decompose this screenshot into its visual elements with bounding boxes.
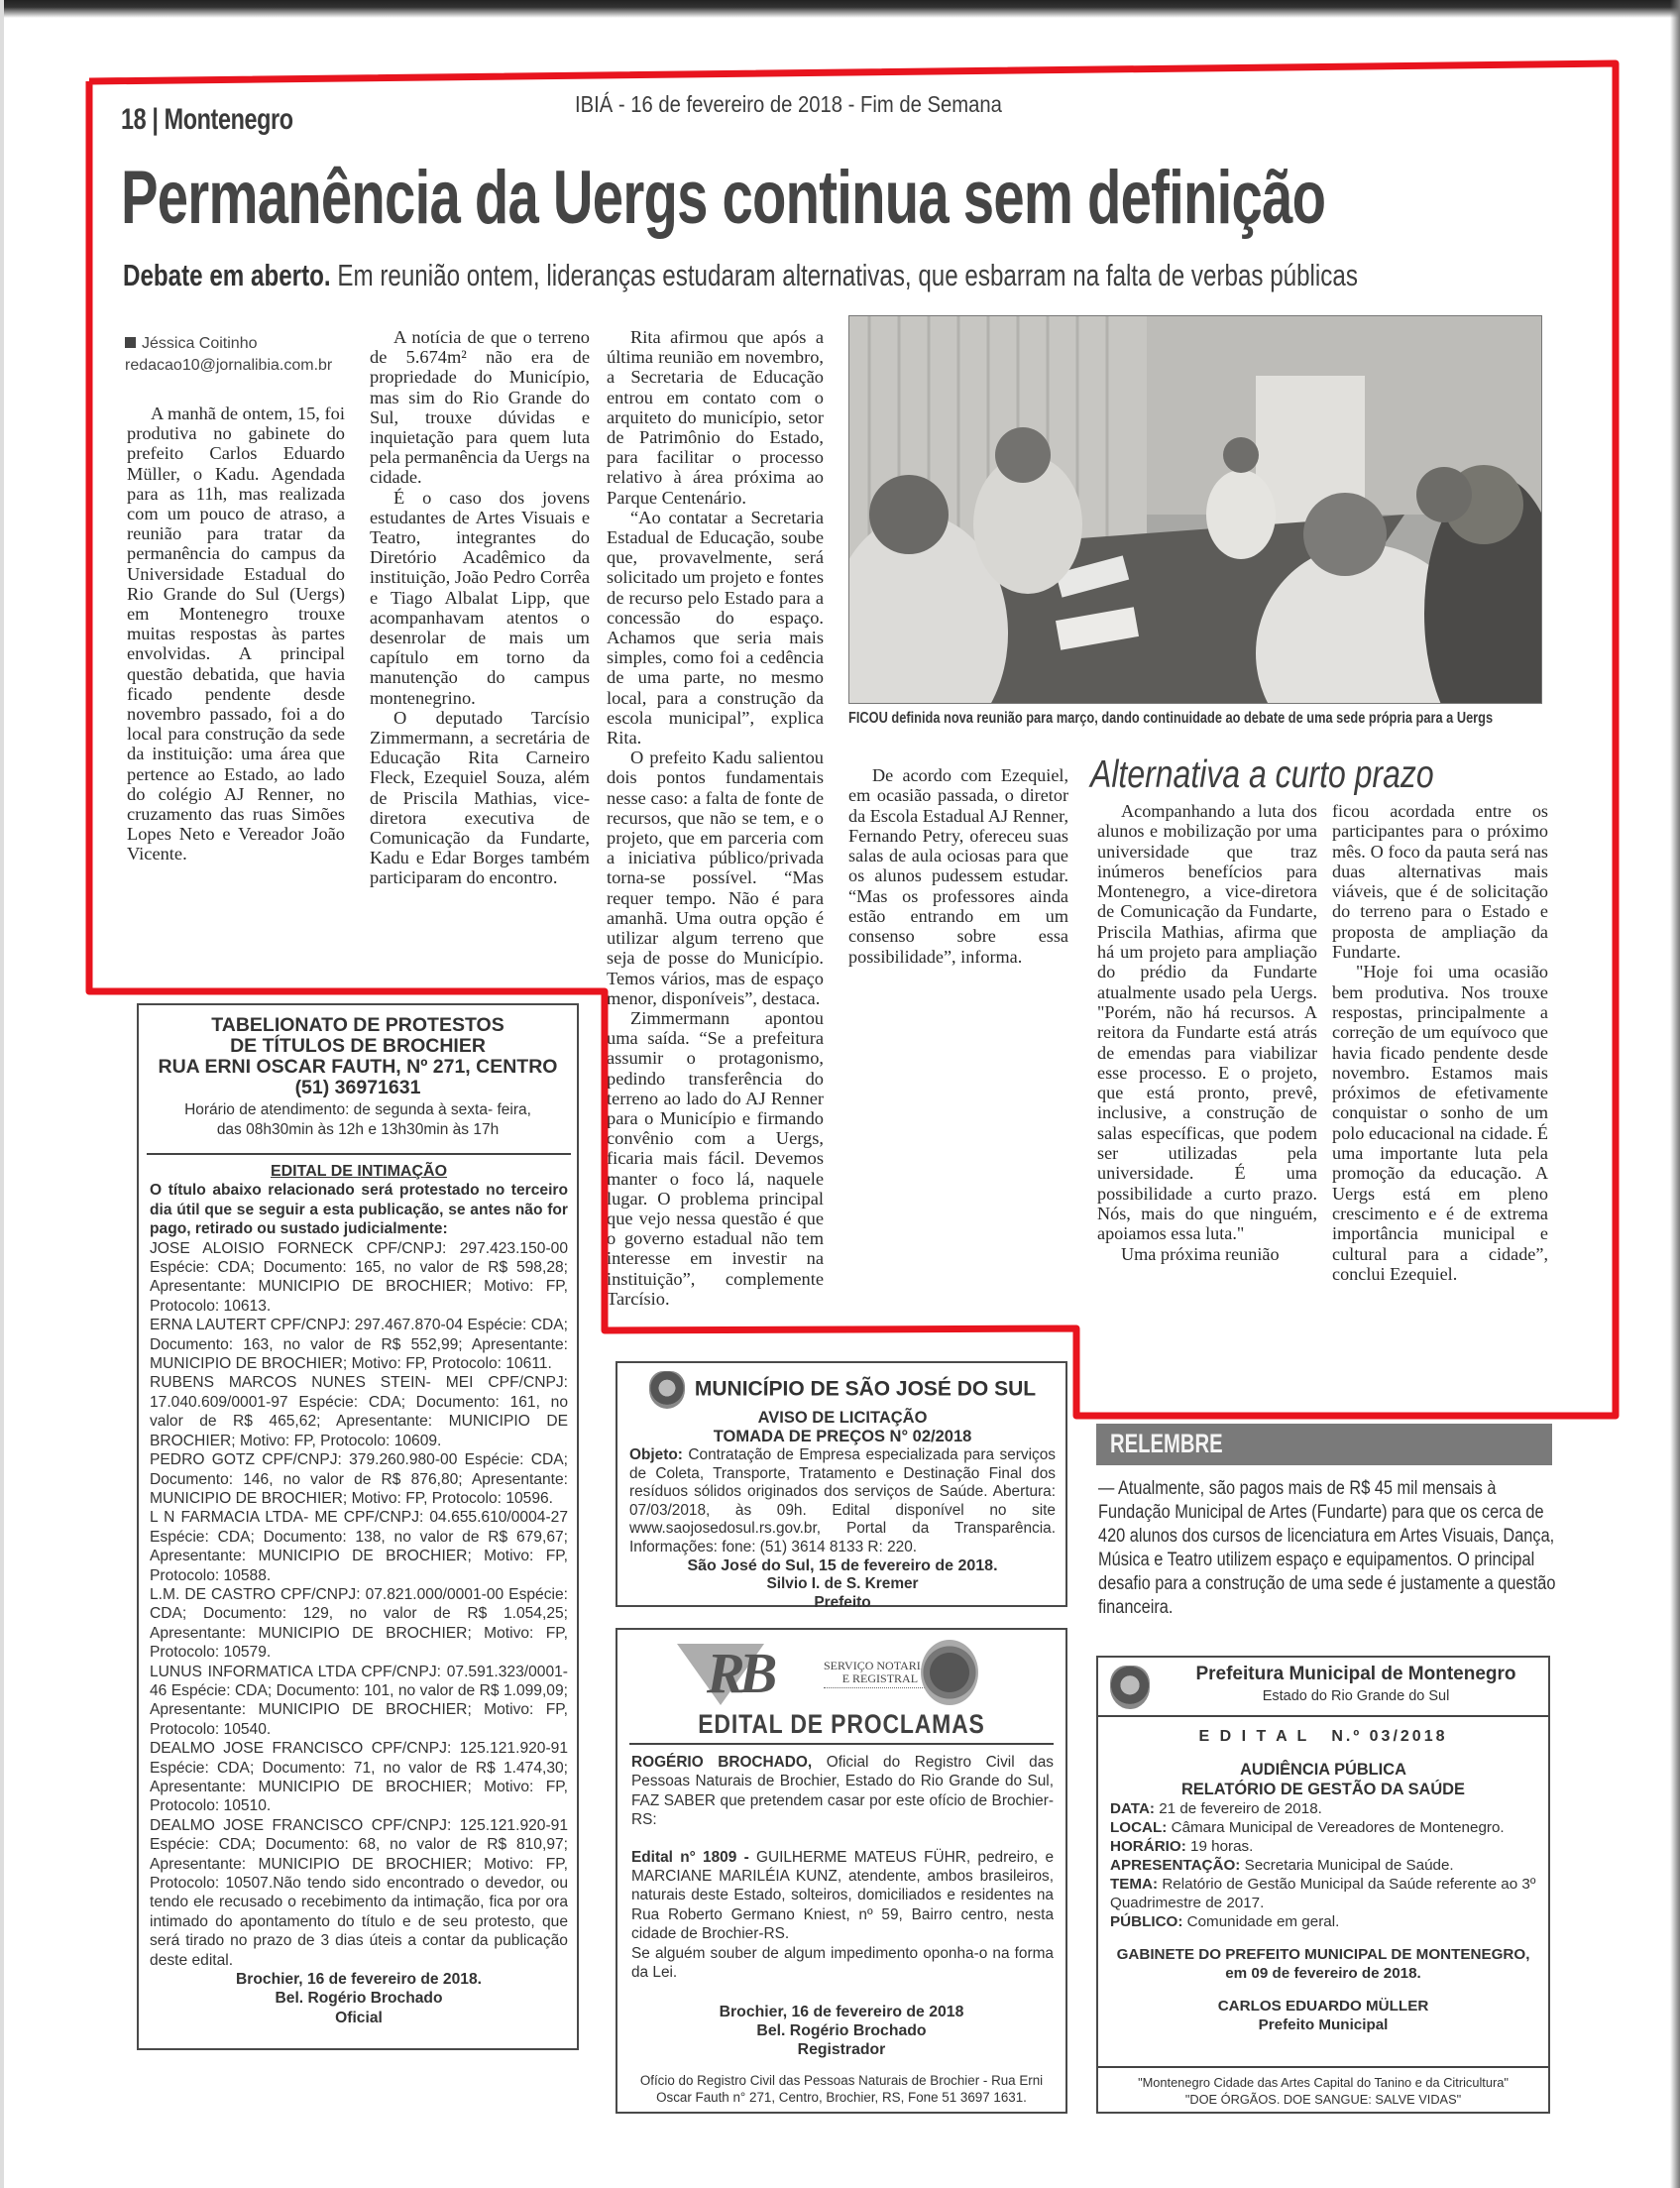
divider (147, 1153, 571, 1155)
divider (629, 1743, 1054, 1745)
paragraph: Zimmermann apontou uma saída. “Se a pref… (607, 1008, 824, 1309)
municipal-crest-icon (1110, 1666, 1150, 1709)
notice-body: E D I T A L N.º 03/2018 AUDIÊNCIA PÚBLIC… (1110, 1727, 1536, 2034)
notice-body: Objeto: Contratação de Empresa especiali… (629, 1446, 1056, 1557)
byline-square-icon (125, 337, 136, 348)
author-email: redacao10@jornalibia.com.br (125, 355, 332, 377)
national-seal-icon (921, 1640, 978, 1705)
scan-edge (0, 0, 4, 2188)
protest-entry: RUBENS MARCOS NUNES STEIN- MEI CPF/CNPJ:… (150, 1373, 568, 1450)
protest-entry: DEALMO JOSE FRANCISCO CPF/CNPJ: 125.121.… (150, 1739, 568, 1816)
publication-date-line: IBIÁ - 16 de fevereiro de 2018 - Fim de … (575, 91, 1002, 118)
section-subhead: Alternativa a curto prazo (1090, 753, 1434, 797)
protest-entry: ERNA LAUTERT CPF/CNPJ: 297.467.870-04 Es… (150, 1316, 568, 1373)
paragraph: O deputado Tarcísio Zimmermann, a secret… (370, 708, 590, 888)
protest-entry: LUNUS INFORMATICA LTDA CPF/CNPJ: 07.591.… (150, 1663, 568, 1740)
page-section-label: 18 | Montenegro (121, 103, 293, 137)
rb-logo: RB SERVIÇO NOTARIALE REGISTRAL (677, 1640, 954, 1705)
edital-intro: O título abaixo relacionado será protest… (150, 1181, 568, 1238)
sign-name: Silvio I. de S. Kremer (629, 1575, 1056, 1594)
page-title: Permanência da Uergs continua sem defini… (121, 155, 1325, 241)
protest-entry: PEDRO GOTZ CPF/CNPJ: 379.260.980-00 Espé… (150, 1450, 568, 1508)
scan-edge (1670, 0, 1680, 2188)
field-row: TEMA: Relatório de Gestão Municipal da S… (1110, 1875, 1536, 1912)
notice-subtitle: TOMADA DE PREÇOS N° 02/2018 (629, 1428, 1056, 1446)
field-row: HORÁRIO: 19 horas. (1110, 1837, 1536, 1856)
sign-name: Bel. Rogério Brochado (150, 1989, 568, 2008)
paragraph: Uma próxima reunião (1097, 1244, 1317, 1264)
article-column-6: ficou acordada entre os participantes pa… (1332, 801, 1548, 1284)
notice-body: ROGÉRIO BROCHADO, Oficial do Registro Ci… (631, 1753, 1054, 1982)
protest-entry: DEALMO JOSE FRANCISCO CPF/CNPJ: 125.121.… (150, 1816, 568, 1970)
notice-prefeitura-montenegro: Prefeitura Municipal de Montenegro Estad… (1096, 1656, 1550, 2114)
article-column-3: Rita afirmou que após a última reunião e… (607, 327, 824, 1317)
paragraph: Rita afirmou que após a última reunião e… (607, 327, 824, 508)
sign-date: Brochier, 16 de fevereiro de 2018. (150, 1970, 568, 1989)
notice-footer: Ofício do Registro Civil das Pessoas Nat… (629, 2072, 1054, 2106)
notice-subtitle: AVISO DE LICITAÇÃO (629, 1409, 1056, 1428)
relembre-text: — Atualmente, são pagos mais de R$ 45 mi… (1098, 1477, 1558, 1620)
notice-sao-jose-do-sul: MUNICÍPIO DE SÃO JOSÉ DO SUL AVISO DE LI… (616, 1361, 1067, 1607)
article-column-1: A manhã de ontem, 15, foi produtiva no g… (127, 403, 345, 864)
photo-caption: FICOU definida nova reunião para março, … (848, 710, 1493, 728)
meeting-photo (848, 315, 1542, 704)
notice-header: Prefeitura Municipal de Montenegro Estad… (1098, 1658, 1548, 1717)
field-row: PÚBLICO: Comunidade em geral. (1110, 1912, 1536, 1931)
field-row: LOCAL: Câmara Municipal de Vereadores de… (1110, 1818, 1536, 1837)
protest-entry: JOSE ALOISIO FORNECK CPF/CNPJ: 297.423.1… (150, 1239, 568, 1317)
paragraph: Acompanhando a luta dos alunos e mobiliz… (1097, 801, 1317, 1244)
signature-block: CARLOS EDUARDO MÜLLERPrefeito Municipal (1110, 1997, 1536, 2034)
paragraph: ficou acordada entre os participantes pa… (1332, 801, 1548, 962)
notice-title: EDITAL DE PROCLAMAS (651, 1709, 1032, 1740)
article-column-2: A notícia de que o terreno de 5.674m² nã… (370, 327, 590, 888)
sign-date: São José do Sul, 15 de fevereiro de 2018… (629, 1557, 1056, 1576)
paragraph: "Hoje foi uma ocasião bem produtiva. Nos… (1332, 962, 1548, 1284)
sign-role: Prefeito (629, 1594, 1056, 1613)
paragraph: É o caso dos jovens estudantes de Artes … (370, 488, 590, 708)
article-column-4: De acordo com Ezequiel, em ocasião passa… (848, 765, 1068, 967)
photo-illustration (849, 316, 1542, 704)
relembre-title: RELEMBRE (1110, 1429, 1223, 1459)
sign-role: Oficial (150, 2009, 568, 2027)
protest-entry: L.M. DE CASTRO CPF/CNPJ: 07.821.000/0001… (150, 1585, 568, 1663)
signature-block: Brochier, 16 de fevereiro de 2018 Bel. R… (617, 2003, 1065, 2059)
municipal-crest-icon (649, 1371, 685, 1409)
article-column-5: Acompanhando a luta dos alunos e mobiliz… (1097, 801, 1317, 1402)
author-name: Jéssica Coitinho (142, 335, 258, 352)
tabelionato-body: EDITAL DE INTIMAÇÃO O título abaixo rela… (150, 1162, 568, 2027)
gabinete-line: GABINETE DO PREFEITO MUNICIPAL DE MONTEN… (1110, 1945, 1536, 1983)
paragraph: O prefeito Kadu salientou dois pontos fu… (607, 748, 824, 1008)
tabelionato-header: TABELIONATO DE PROTESTOS DE TÍTULOS DE B… (149, 1015, 567, 1140)
notice-title: MUNICÍPIO DE SÃO JOSÉ DO SUL (695, 1378, 1036, 1401)
protest-entry: L N FARMACIA LTDA- ME CPF/CNPJ: 04.655.6… (150, 1508, 568, 1585)
scan-edge (0, 0, 1680, 18)
paragraph: De acordo com Ezequiel, em ocasião passa… (848, 765, 1068, 967)
paragraph: “Ao contatar a Secretaria Estadual de Ed… (607, 508, 824, 748)
notice-edital-proclamas: RB SERVIÇO NOTARIALE REGISTRAL EDITAL DE… (616, 1628, 1067, 2114)
field-row: APRESENTAÇÃO: Secretaria Municipal de Sa… (1110, 1856, 1536, 1875)
notice-footer: "Montenegro Cidade das Artes Capital do … (1098, 2066, 1548, 2114)
paragraph: A manhã de ontem, 15, foi produtiva no g… (127, 403, 345, 864)
byline: Jéssica Coitinho redacao10@jornalibia.co… (125, 333, 332, 377)
paragraph: A notícia de que o terreno de 5.674m² nã… (370, 327, 590, 488)
article-deck: Debate em aberto. Em reunião ontem, lide… (123, 258, 1358, 293)
edital-title: EDITAL DE INTIMAÇÃO (150, 1162, 568, 1181)
field-row: DATA: 21 de fevereiro de 2018. (1110, 1799, 1536, 1818)
